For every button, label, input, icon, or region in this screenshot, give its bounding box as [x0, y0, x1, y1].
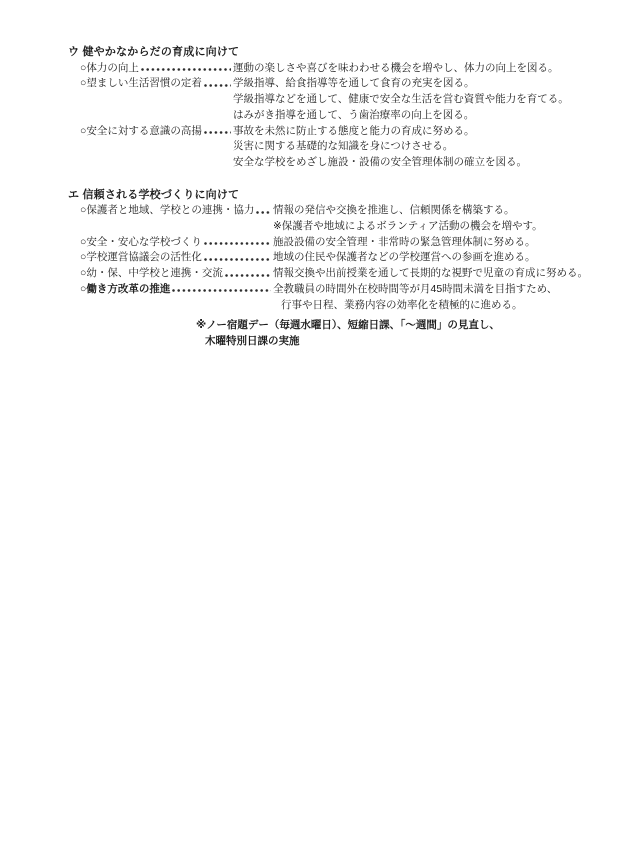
dot-leader [202, 235, 273, 251]
dot-leader [254, 203, 273, 219]
dot-leader [139, 61, 233, 77]
dot-leader [170, 282, 273, 298]
item-label: ○望ましい生活習慣の定着 [80, 76, 202, 92]
item-label: ○安全に対する意識の高揚 [80, 124, 202, 140]
section-item-list: ○体力の向上運動の楽しさや喜びを味わわせる機会を増やし、体力の向上を図る。○望ま… [80, 61, 608, 171]
item-description: 災害に関する基礎的な知識を身につけさせる。 [233, 139, 453, 155]
item-label-area: ○安全・安心な学校づくり [80, 235, 273, 251]
item-label-area: ○学校運営協議会の活性化 [80, 250, 273, 266]
item-label-area: ○働き方改革の推進 [80, 282, 273, 298]
section-item-list: ○保護者と地域、学校との連携・協力情報の発信や交換を推進し、信頼関係を構築する。… [80, 203, 608, 313]
item-row: 学級指導などを通して、健康で安全な生活を営む資質や能力を育てる。 [80, 92, 608, 108]
dot-leader [202, 76, 233, 92]
item-label-area: ○幼・保、中学校と連携・交流 [80, 266, 273, 282]
item-description: ※保護者や地域によるボランティア活動の機会を増やす。 [273, 219, 543, 235]
item-description: はみがき指導を通して、う歯治療率の向上を図る。 [233, 108, 474, 124]
item-row: 安全な学校をめざし施設・設備の安全管理体制の確立を図る。 [80, 155, 608, 171]
item-label-area: ○安全に対する意識の高揚 [80, 124, 233, 140]
item-description: 全教職員の時間外在校時間等が月45時間未満を目指すため、 [273, 282, 557, 298]
item-row: 災害に関する基礎的な知識を身につけさせる。 [80, 139, 608, 155]
item-row: ○望ましい生活習慣の定着学級指導、給食指導等を通して食育の充実を図る。 [80, 76, 608, 92]
item-description: 情報交換や出前授業を通して長期的な視野で児童の育成に努める。 [273, 266, 588, 282]
item-row: 行事や日程、業務内容の効率化を積極的に進める。 [80, 298, 608, 314]
section-note-block: ※ノー宿題デー（毎週水曜日）、短縮日課、「～週間」の見直し、木曜特別日課の実施 [68, 317, 608, 349]
item-row: ○働き方改革の推進全教職員の時間外在校時間等が月45時間未満を目指すため、 [80, 282, 608, 298]
section-healthy-body: ウ 健やかなからだの育成に向けて ○体力の向上運動の楽しさや喜びを味わわせる機会… [68, 45, 608, 171]
section-heading-u: ウ 健やかなからだの育成に向けて [68, 45, 608, 61]
item-row: はみがき指導を通して、う歯治療率の向上を図る。 [80, 108, 608, 124]
item-label-area: ○保護者と地域、学校との連携・協力 [80, 203, 273, 219]
dot-leader [223, 266, 273, 282]
item-description: 事故を未然に防止する態度と能力の育成に努める。 [233, 124, 475, 140]
item-row: ○体力の向上運動の楽しさや喜びを味わわせる機会を増やし、体力の向上を図る。 [80, 61, 608, 77]
document-page: { "page": { "background_color": "#ffffff… [0, 0, 640, 853]
item-description: 情報の発信や交換を推進し、信頼関係を構築する。 [273, 203, 515, 219]
item-label: ○幼・保、中学校と連携・交流 [80, 266, 223, 282]
item-description: 地域の住民や保護者などの学校運営への参画を進める。 [273, 250, 536, 266]
section-trusted-school: エ 信頼される学校づくりに向けて ○保護者と地域、学校との連携・協力情報の発信や… [68, 188, 608, 350]
item-description: 学級指導、給食指導等を通して食育の充実を図る。 [233, 76, 475, 92]
dot-leader [202, 250, 273, 266]
item-description: 施設設備の安全管理・非常時の緊急管理体制に努める。 [273, 235, 536, 251]
item-row: ○安全・安心な学校づくり施設設備の安全管理・非常時の緊急管理体制に努める。 [80, 235, 608, 251]
section-heading-e: エ 信頼される学校づくりに向けて [68, 188, 608, 204]
item-description: 運動の楽しさや喜びを味わわせる機会を増やし、体力の向上を図る。 [233, 61, 559, 77]
item-row: ○安全に対する意識の高揚事故を未然に防止する態度と能力の育成に努める。 [80, 124, 608, 140]
item-description: 学級指導などを通して、健康で安全な生活を営む資質や能力を育てる。 [233, 92, 569, 108]
item-row: ○幼・保、中学校と連携・交流情報交換や出前授業を通して長期的な視野で児童の育成に… [80, 266, 608, 282]
note-line: ※ノー宿題デー（毎週水曜日）、短縮日課、「～週間」の見直し、 [196, 317, 608, 333]
item-description: 行事や日程、業務内容の効率化を積極的に進める。 [273, 298, 523, 314]
item-row: ○保護者と地域、学校との連携・協力情報の発信や交換を推進し、信頼関係を構築する。 [80, 203, 608, 219]
document-body: ウ 健やかなからだの育成に向けて ○体力の向上運動の楽しさや喜びを味わわせる機会… [68, 45, 608, 349]
item-description: 安全な学校をめざし施設・設備の安全管理体制の確立を図る。 [233, 155, 527, 171]
item-label-area: ○体力の向上 [80, 61, 233, 77]
item-label-area: ○望ましい生活習慣の定着 [80, 76, 233, 92]
dot-leader [202, 124, 233, 140]
item-row: ※保護者や地域によるボランティア活動の機会を増やす。 [80, 219, 608, 235]
item-label: ○学校運営協議会の活性化 [80, 250, 202, 266]
item-row: ○学校運営協議会の活性化地域の住民や保護者などの学校運営への参画を進める。 [80, 250, 608, 266]
item-label: ○安全・安心な学校づくり [80, 235, 202, 251]
item-label: ○働き方改革の推進 [80, 282, 170, 298]
note-line: 木曜特別日課の実施 [205, 333, 608, 349]
item-label: ○体力の向上 [80, 61, 139, 77]
item-label: ○保護者と地域、学校との連携・協力 [80, 203, 254, 219]
